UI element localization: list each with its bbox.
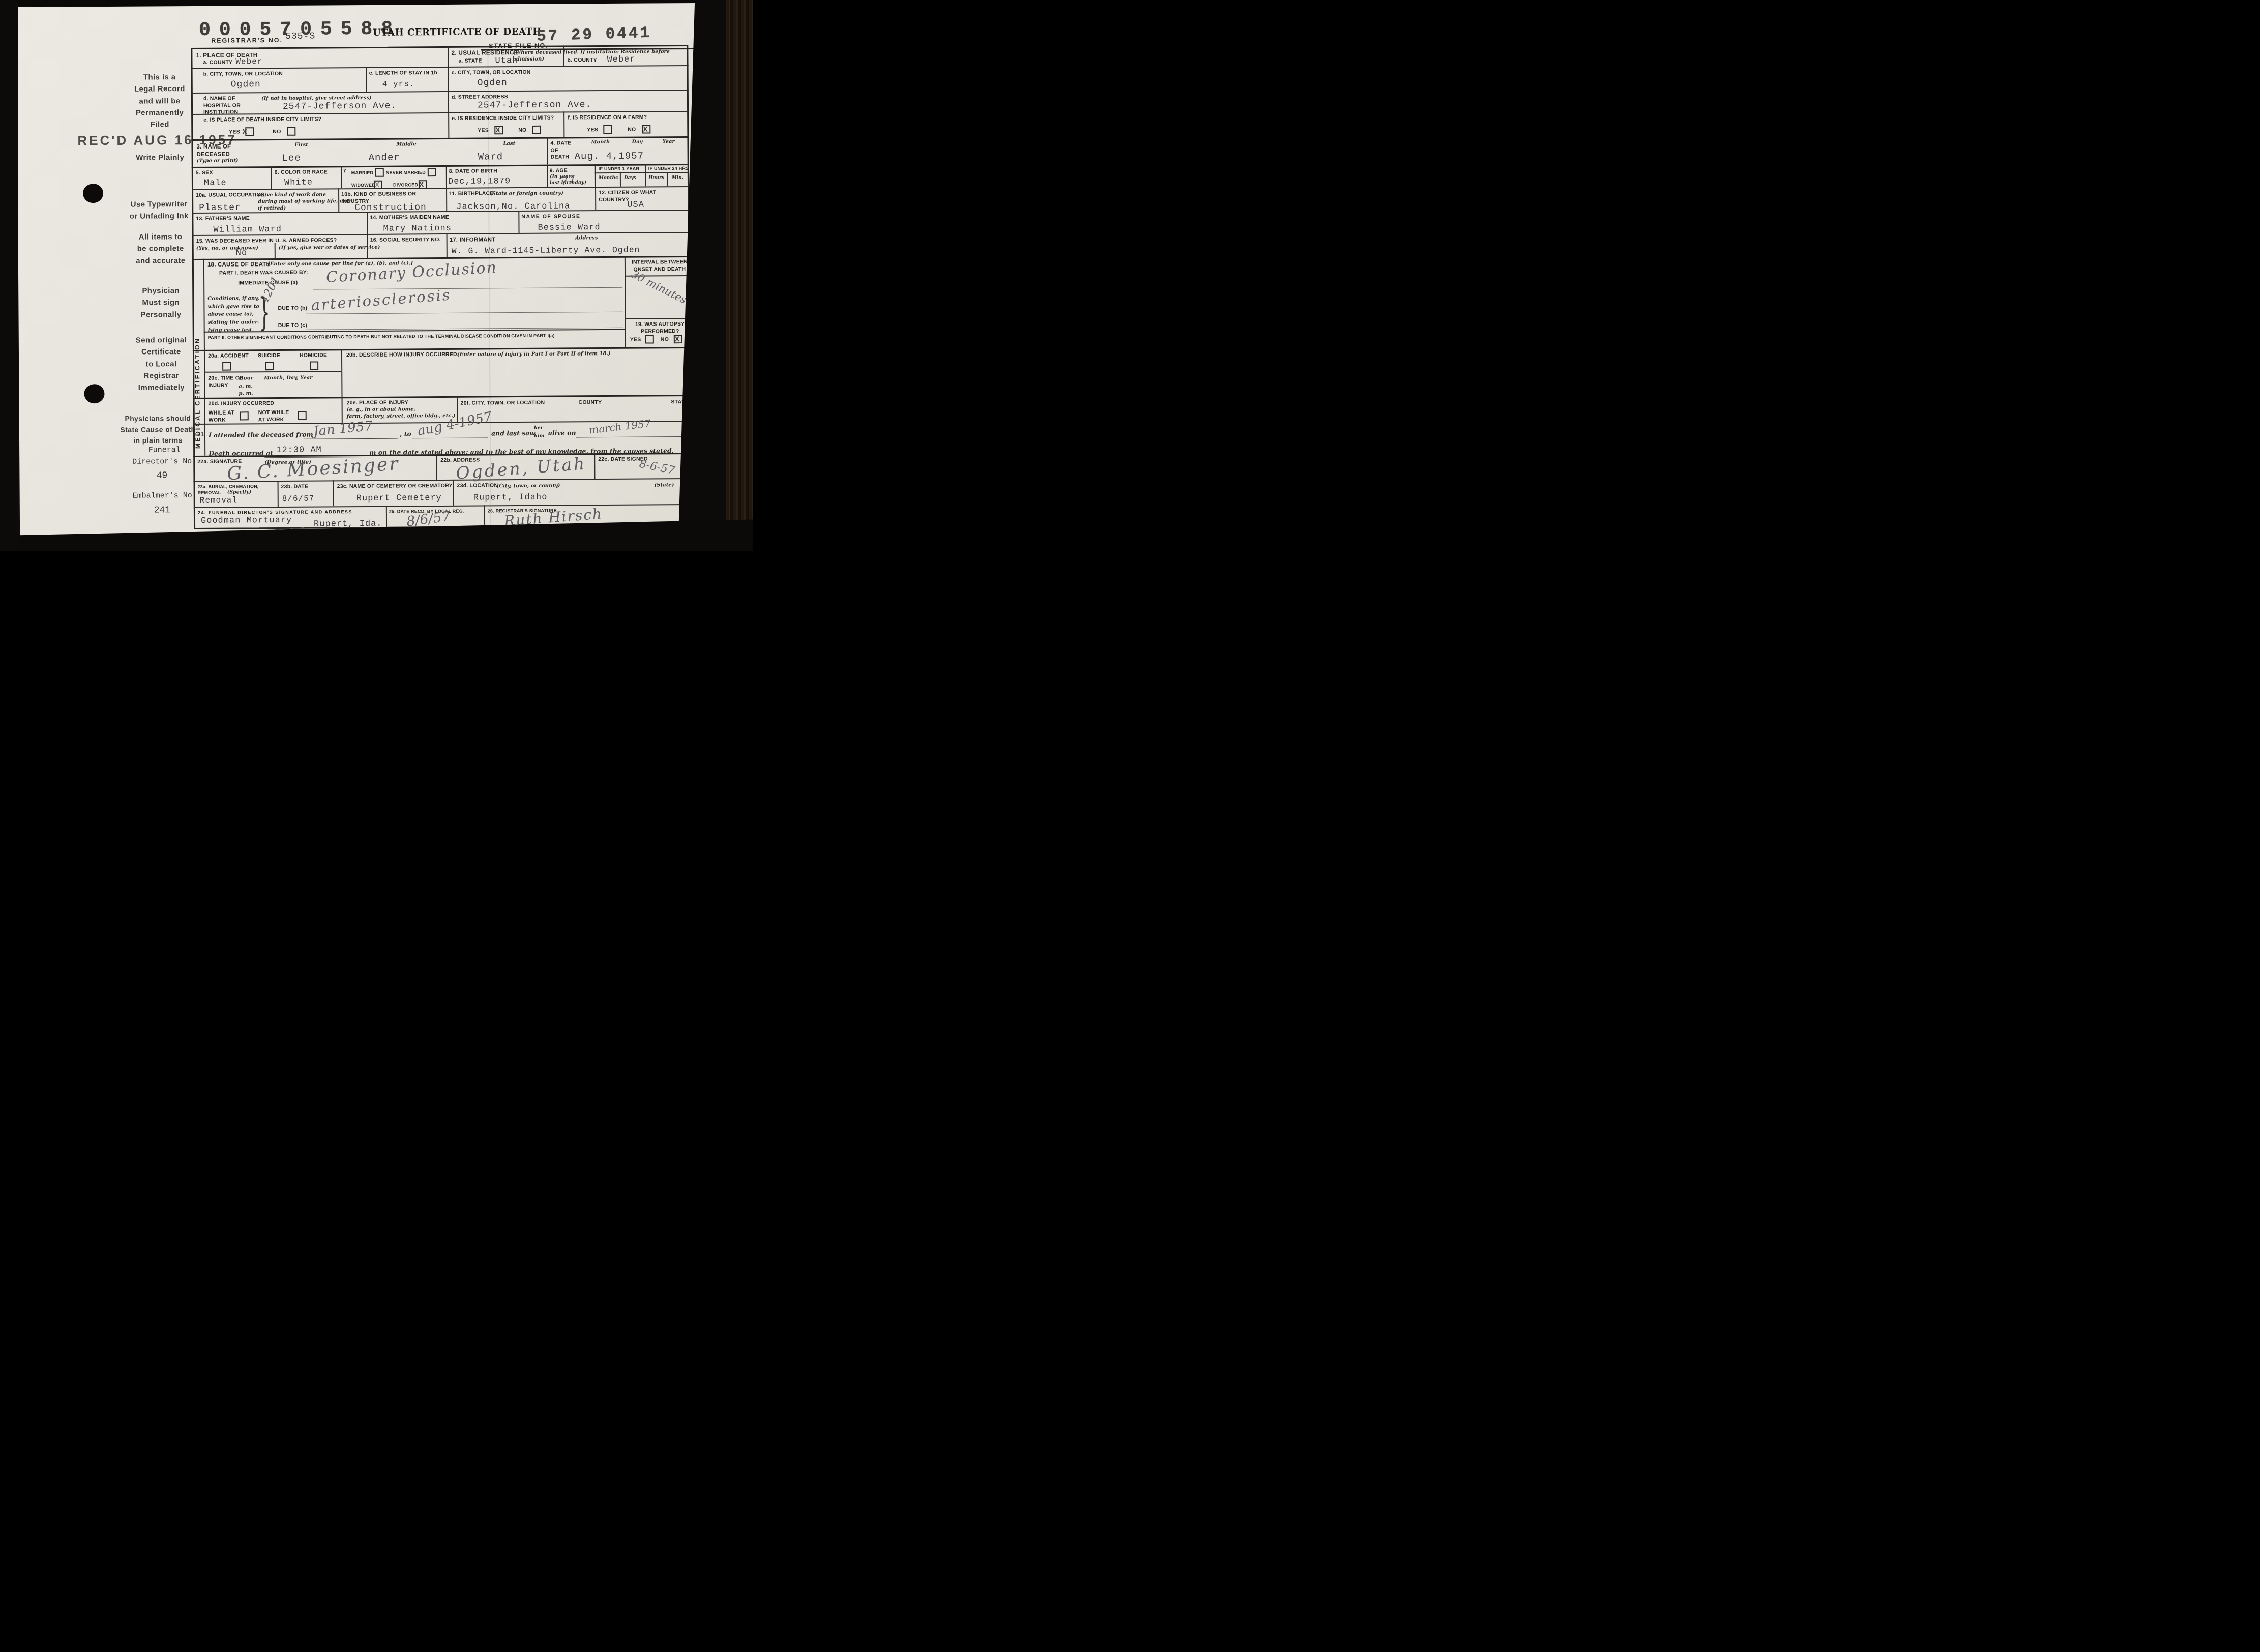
field-19-yes-checkbox bbox=[645, 335, 654, 343]
field-23c-value: Rupert Cemetery bbox=[356, 494, 442, 504]
field-21-to-label: , to bbox=[400, 430, 411, 438]
field-1c-value: 4 yrs. bbox=[382, 80, 415, 89]
field-23d-value: Rupert, Idaho bbox=[473, 493, 548, 504]
field-3-last-value: Ward bbox=[478, 152, 503, 162]
rule-line bbox=[447, 233, 448, 257]
field-20c-pm-label: p. m. bbox=[239, 390, 253, 397]
field-4-month-header: Month bbox=[591, 139, 610, 145]
field-20c-am-label: a. m. bbox=[239, 383, 253, 390]
field-9-min-header: Min. bbox=[672, 175, 683, 181]
field-23a-value: Removal bbox=[200, 496, 237, 505]
field-15-label: 15. WAS DECEASED EVER IN U. S. ARMED FOR… bbox=[196, 237, 337, 245]
field-7-divorced-checkbox: X bbox=[419, 180, 427, 189]
field-20a-suicide-label: SUICIDE bbox=[258, 352, 280, 360]
field-7-married-label: MARRIED bbox=[351, 170, 373, 176]
field-12-value: USA bbox=[627, 201, 644, 211]
field-7-widowed-checkbox: X bbox=[374, 181, 382, 189]
field-1c-label: c. LENGTH OF STAY IN 1b bbox=[369, 70, 445, 77]
field-3-middle-header: Middle bbox=[396, 141, 416, 147]
punch-hole-bottom bbox=[84, 384, 104, 403]
rule-line bbox=[620, 172, 621, 187]
field-17-label: 17. INFORMANT bbox=[450, 236, 496, 244]
x-mark: X bbox=[242, 127, 247, 135]
field-4-value: Aug. 4,1957 bbox=[575, 151, 644, 162]
field-3-middle-value: Ander bbox=[369, 153, 400, 163]
field-2a-value: Utah bbox=[495, 56, 518, 66]
field-20b-label: 20b. DESCRIBE HOW INJURY OCCURRED. bbox=[346, 351, 459, 359]
field-24-label: 24. FUNERAL DIRECTOR'S SIGNATURE AND ADD… bbox=[198, 509, 352, 516]
field-7-never-married-label: NEVER MARRIED bbox=[386, 170, 426, 176]
field-21-pre-label: I attended the deceased from bbox=[209, 431, 313, 440]
field-9-value: 77 bbox=[560, 175, 576, 188]
field-18-due-c-label: DUE TO (c) bbox=[278, 322, 307, 330]
field-6-value: White bbox=[284, 179, 313, 188]
rule-line bbox=[278, 481, 279, 507]
field-7-never-married-checkbox bbox=[428, 168, 436, 176]
field-9-days-header: Days bbox=[624, 175, 636, 182]
field-spouse-value: Bessie Ward bbox=[538, 223, 600, 233]
rule-line bbox=[446, 165, 447, 188]
rule-line bbox=[446, 188, 447, 211]
field-7-married-checkbox bbox=[375, 168, 384, 177]
field-10a-label: 10a. USUAL OCCUPATION bbox=[196, 192, 265, 199]
field-20c-label: 20c. TIME OF INJURY bbox=[208, 375, 243, 389]
field-9-under24-label: IF UNDER 24 HRS bbox=[648, 166, 689, 172]
rule-line bbox=[342, 397, 343, 423]
field-20e-note: (e. g., in or about home, farm, factory,… bbox=[347, 406, 456, 420]
field-21-number: 21. bbox=[197, 431, 206, 439]
field-18-label: 18. CAUSE OF DEATH bbox=[207, 261, 271, 269]
field-10a-value: Plaster bbox=[199, 203, 241, 213]
field-7-divorced-label: DIVORCED bbox=[393, 182, 418, 188]
rule-line bbox=[645, 164, 646, 187]
field-13-value: William Ward bbox=[213, 225, 282, 235]
field-7-widowed-label: WIDOWED bbox=[351, 183, 375, 189]
rule-line bbox=[595, 187, 596, 210]
field-2c-value: Ogden bbox=[478, 78, 508, 88]
field-20d-notwhile-checkbox bbox=[298, 411, 307, 420]
x-mark: X bbox=[643, 125, 647, 133]
field-20a-accident-checkbox bbox=[222, 362, 231, 371]
registrar-no-value: 535-S bbox=[285, 32, 315, 42]
field-16-label: 16. SOCIAL SECURITY NO. bbox=[370, 237, 441, 244]
field-2c-label: c. CITY, TOWN, OR LOCATION bbox=[452, 69, 531, 77]
scanned-death-certificate: This is a Legal Record and will be Perma… bbox=[0, 0, 753, 551]
field-24-value1: Goodman Mortuary bbox=[201, 516, 292, 526]
field-20f-county-header: COUNTY bbox=[579, 399, 602, 406]
field-19-label: 19. WAS AUTOPSY PERFORMED? bbox=[632, 321, 688, 335]
rule-line bbox=[595, 164, 596, 187]
field-2f-no-label: NO bbox=[628, 127, 636, 134]
field-21-time-value: 12:30 AM bbox=[276, 446, 322, 455]
field-1e-no-checkbox bbox=[287, 127, 295, 136]
rule-line bbox=[386, 506, 387, 528]
field-13-label: 13. FATHER'S NAME bbox=[196, 215, 250, 222]
field-1b-value: Ogden bbox=[231, 80, 261, 90]
field-1d-note: (If not in hospital, give street address… bbox=[261, 95, 372, 102]
field-23c-label: 23c. NAME OF CEMETERY OR CREMATORY bbox=[337, 483, 453, 490]
field-4-label: 4. DATE OF DEATH bbox=[550, 140, 571, 161]
field-20c-hour-header: Hour bbox=[239, 375, 253, 381]
field-2e-label: e. IS RESIDENCE INSIDE CITY LIMITS? bbox=[452, 115, 554, 123]
field-21-death-at-label: Death occurred at bbox=[209, 449, 273, 458]
conditions-brace: } bbox=[258, 290, 270, 335]
field-2-note: (Where deceased lived. If institution: R… bbox=[513, 48, 691, 63]
rule-line bbox=[453, 480, 454, 506]
certificate-paper: This is a Legal Record and will be Perma… bbox=[17, 3, 701, 539]
field-5-label: 5. SEX bbox=[196, 170, 213, 177]
field-8-label: 8. DATE OF BIRTH bbox=[449, 168, 497, 175]
field-23a-note: (Specify) bbox=[227, 489, 252, 496]
field-10b-value: Construction bbox=[354, 203, 427, 214]
field-21-him-label: him bbox=[534, 433, 545, 439]
field-3-last-header: Last bbox=[503, 140, 515, 147]
field-2e-yes-label: YES bbox=[478, 127, 489, 134]
field-14-label: 14. MOTHER'S MAIDEN NAME bbox=[370, 214, 449, 222]
field-9-under1yr-label: IF UNDER 1 YEAR bbox=[599, 166, 639, 172]
field-20a-homicide-label: HOMICIDE bbox=[300, 352, 327, 359]
rule-line bbox=[366, 67, 367, 92]
rule-line bbox=[547, 137, 548, 165]
field-2a-label: a. STATE bbox=[458, 58, 482, 65]
field-spouse-label: NAME OF SPOUSE bbox=[521, 213, 580, 220]
field-1e-no-label: NO bbox=[273, 129, 281, 136]
field-18-part1-label: PART I. DEATH WAS CAUSED BY: bbox=[219, 270, 308, 277]
field-23b-value: 8/6/57 bbox=[282, 495, 315, 504]
field-20d-while-label: WHILE AT WORK bbox=[209, 410, 234, 424]
rule-line bbox=[271, 166, 272, 189]
field-15-value: No bbox=[236, 249, 248, 258]
field-20f-label: 20f. CITY, TOWN, OR LOCATION bbox=[461, 400, 545, 407]
rule-line bbox=[547, 165, 548, 187]
field-11-value: Jackson,No. Carolina bbox=[456, 202, 570, 212]
state-file-no-value: 57 29 0441 bbox=[537, 24, 652, 46]
field-14-value: Mary Nations bbox=[383, 224, 452, 234]
rule-line bbox=[518, 211, 519, 233]
rule-line bbox=[275, 243, 276, 258]
field-8-value: Dec,19,1879 bbox=[448, 177, 511, 187]
wood-grain-strip bbox=[726, 0, 753, 551]
field-2f-no-checkbox: X bbox=[642, 125, 650, 133]
field-21-aliveon-label: alive on bbox=[548, 429, 576, 437]
field-2f-label: f. IS RESIDENCE ON A FARM? bbox=[568, 114, 647, 122]
scan-black-left bbox=[0, 0, 18, 551]
x-mark: X bbox=[495, 126, 500, 134]
field-4-year-header: Year bbox=[662, 138, 674, 145]
field-21-her-label: her bbox=[534, 425, 543, 431]
field-11-label: 11. BIRTHPLACE bbox=[449, 190, 493, 197]
field-11-note: (State or foreign country) bbox=[490, 190, 563, 197]
field-2e-no-checkbox bbox=[532, 126, 541, 134]
field-20a-suicide-checkbox bbox=[265, 362, 274, 370]
field-1e-label: e. IS PLACE OF DEATH INSIDE CITY LIMITS? bbox=[203, 116, 321, 124]
field-6-label: 6. COLOR OR RACE bbox=[275, 169, 328, 176]
field-2f-yes-checkbox bbox=[603, 125, 612, 134]
field-1d-value: 2547-Jefferson Ave. bbox=[283, 102, 397, 112]
field-23d-note: (City, town, or county) bbox=[497, 483, 560, 490]
field-3-first-header: First bbox=[294, 142, 308, 149]
field-1a-label: a. COUNTY bbox=[203, 60, 232, 67]
field-23d-label: 23d. LOCATION bbox=[457, 482, 498, 489]
field-15-note1: (Yes, no, or unknown) bbox=[196, 245, 258, 252]
field-20d-while-checkbox bbox=[240, 411, 249, 420]
field-20b-note: (Enter nature of injury in Part I or Par… bbox=[457, 350, 611, 358]
field-20c-mdy-header: Month, Day, Year bbox=[264, 375, 312, 382]
rule-line bbox=[563, 112, 564, 137]
field-2e-no-label: NO bbox=[518, 127, 526, 134]
field-19-no-checkbox: X bbox=[674, 335, 682, 343]
field-4-day-header: Day bbox=[632, 139, 642, 145]
punch-hole-top bbox=[83, 184, 103, 203]
field-23d-state-note: (State) bbox=[655, 482, 674, 488]
field-19-no-label: NO bbox=[661, 336, 669, 343]
field-20a-label: 20a. ACCIDENT bbox=[208, 352, 249, 360]
field-10a-note: (Give kind of work done during most of w… bbox=[258, 191, 354, 212]
x-mark: X bbox=[675, 335, 679, 343]
field-18-due-b-label: DUE TO (b) bbox=[278, 305, 307, 312]
field-1a-value: Weber bbox=[235, 57, 262, 67]
field-1b-label: b. CITY, TOWN, OR LOCATION bbox=[203, 71, 283, 78]
field-17-value: W. G. Ward-1145-Liberty Ave. Ogden bbox=[452, 246, 640, 256]
field-23b-label: 23b. DATE bbox=[281, 484, 309, 491]
field-3-first-value: Lee bbox=[282, 153, 301, 164]
rule-line bbox=[367, 212, 368, 234]
rule-line bbox=[594, 453, 595, 479]
field-19-yes-label: YES bbox=[630, 337, 641, 344]
field-3-label: 3. NAME OF DECEASED bbox=[196, 143, 231, 159]
rule-line bbox=[333, 480, 334, 506]
field-17-address-header: Address bbox=[575, 234, 598, 241]
rule-line bbox=[484, 505, 485, 527]
field-9-months-header: Months bbox=[599, 175, 618, 182]
field-9-hours-header: Hours bbox=[648, 175, 664, 181]
registrar-no-label: REGISTRAR'S NO. bbox=[211, 36, 283, 45]
field-15-note2: (If yes, give war or dates of service) bbox=[279, 244, 380, 251]
field-1e-yes-checkbox: X bbox=[245, 127, 254, 136]
field-2f-yes-label: YES bbox=[587, 127, 598, 134]
rule-line bbox=[341, 166, 342, 188]
field-2d-value: 2547-Jefferson Ave. bbox=[478, 100, 591, 111]
field-20d-label: 20d. INJURY OCCURRED bbox=[209, 400, 275, 407]
medical-certification-label: MEDICAL CERTIFICATION bbox=[193, 281, 201, 449]
field-2b-value: Weber bbox=[607, 55, 635, 65]
field-7-number: 7 bbox=[343, 168, 346, 175]
field-20a-homicide-checkbox bbox=[310, 361, 318, 370]
x-mark: X bbox=[419, 180, 424, 188]
field-1e-yes-label: YES bbox=[229, 129, 240, 136]
x-mark: X bbox=[375, 181, 379, 189]
field-20d-notwhile-label: NOT WHILE AT WORK bbox=[258, 409, 289, 424]
field-21-lastsaw-label: and last saw bbox=[491, 429, 535, 438]
field-18-conditions-note: Conditions, if any, which gave rise to a… bbox=[207, 294, 259, 334]
field-2e-yes-checkbox: X bbox=[494, 126, 503, 134]
field-5-value: Male bbox=[204, 179, 227, 189]
rule-line bbox=[667, 172, 668, 186]
certificate-title: UTAH CERTIFICATE OF DEATH bbox=[373, 26, 542, 38]
field-3-note: (Type or print) bbox=[197, 157, 239, 164]
field-2b-label: b. COUNTY bbox=[567, 57, 597, 64]
rule-line bbox=[436, 454, 437, 480]
field-1d-label: d. NAME OF HOSPITAL OR INSTITUTION bbox=[203, 95, 241, 116]
